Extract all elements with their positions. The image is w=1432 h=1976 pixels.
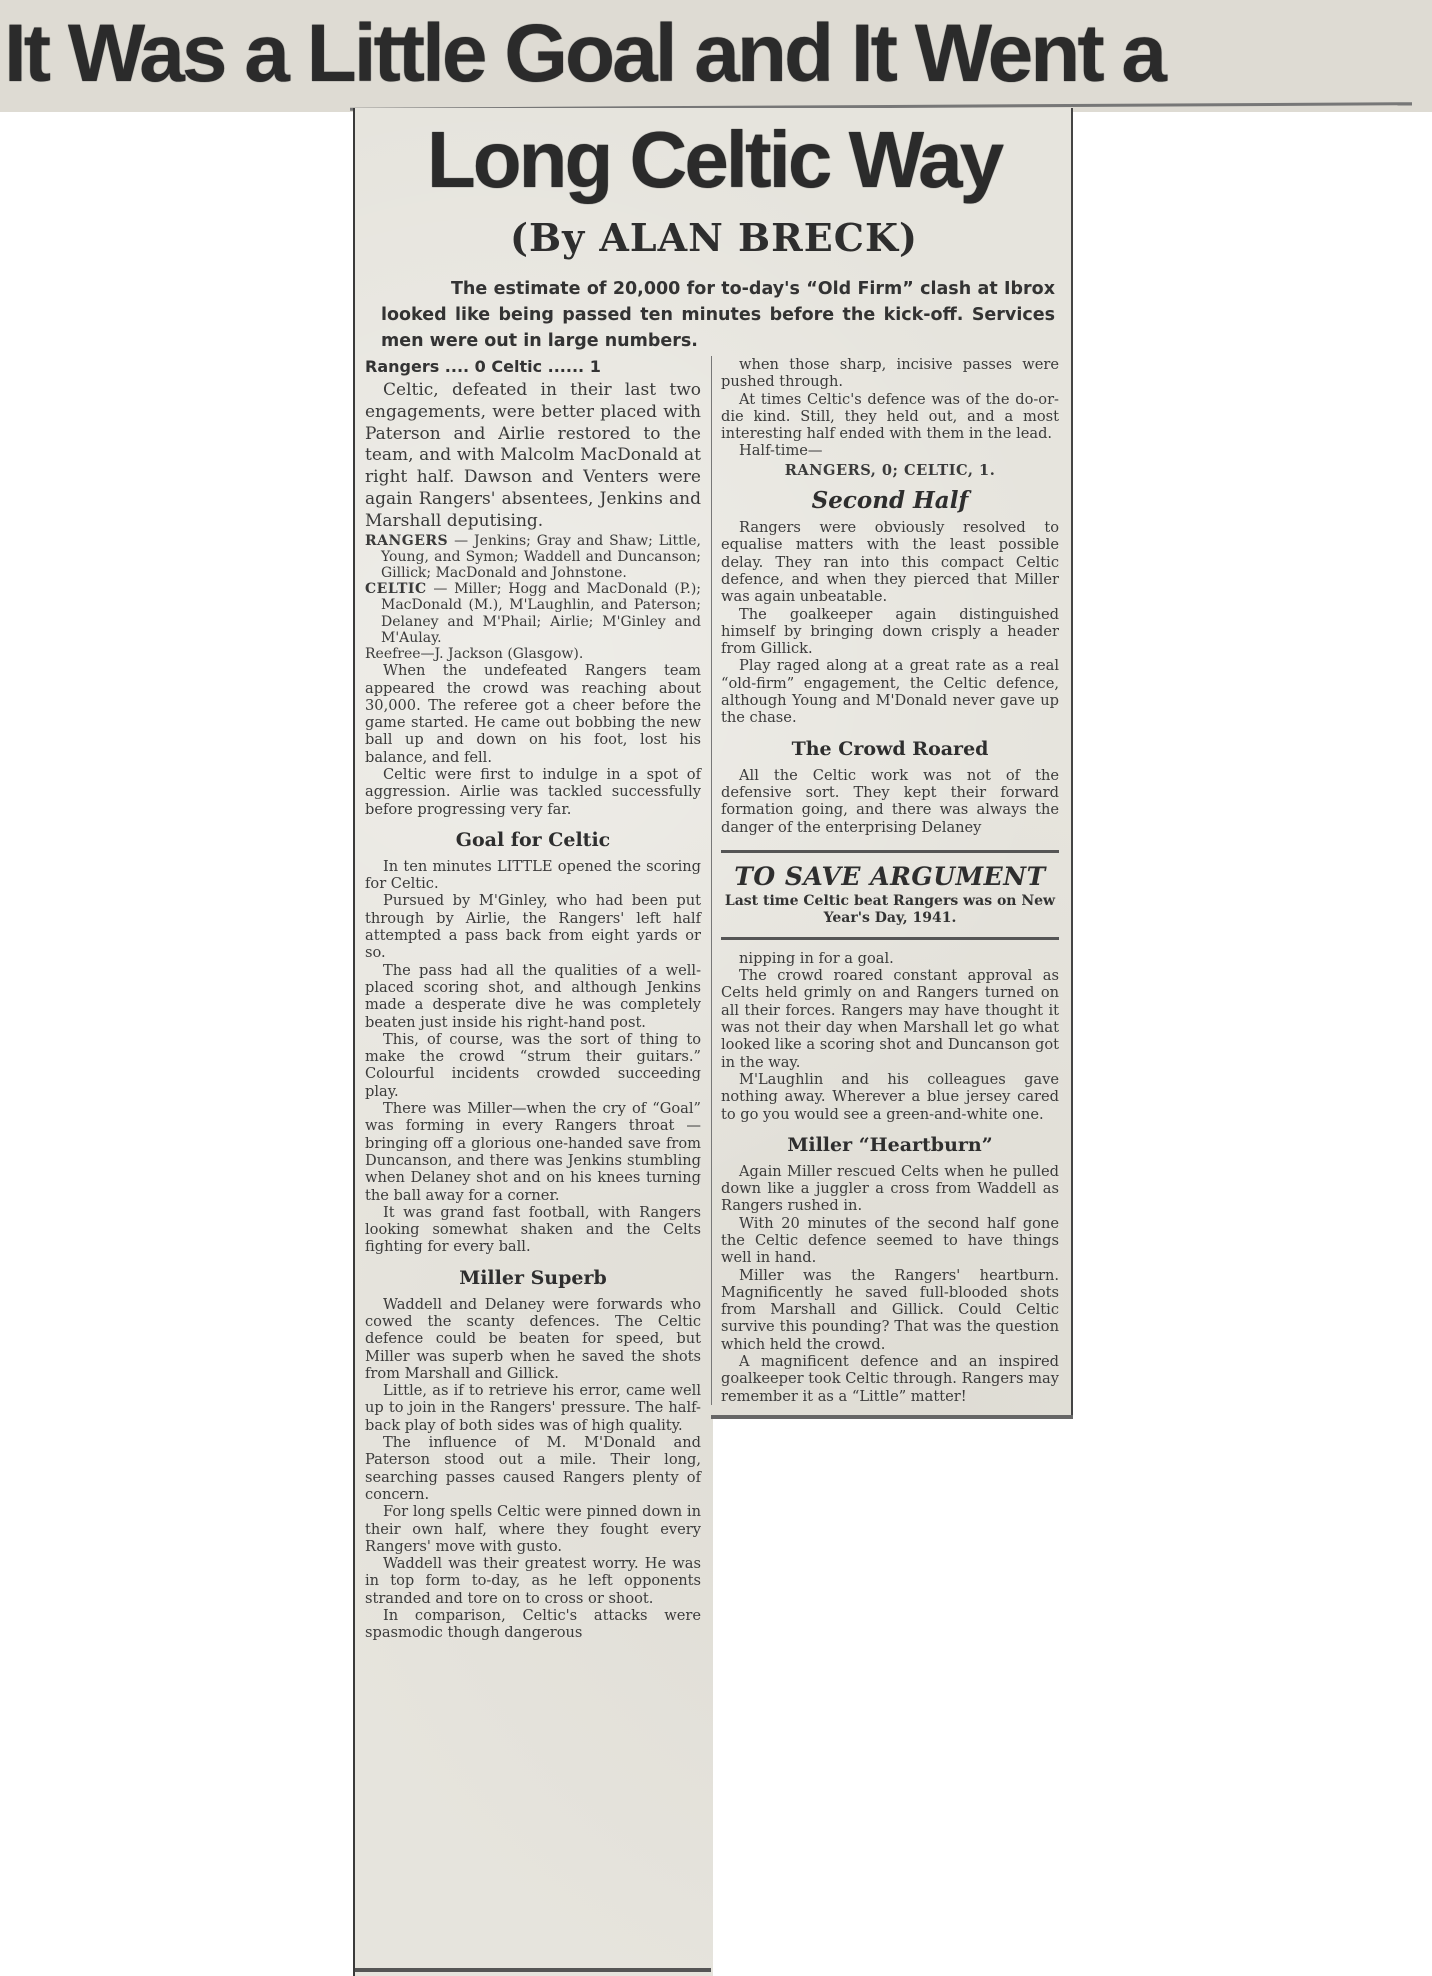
bottom-rule: [355, 1968, 711, 1972]
paragraph: When the undefeated Rangers team appeare…: [365, 662, 701, 766]
subhead-second-half: Second Half: [721, 487, 1059, 515]
left-column: Rangers .... 0 Celtic ...... 1 Celtic, d…: [365, 356, 701, 1642]
subhead-crowd-roared: The Crowd Roared: [721, 735, 1059, 763]
paragraph: Rangers were obviously resolved to equal…: [721, 519, 1059, 605]
left-section-3: Waddell and Delaney were forwards who co…: [365, 1296, 701, 1642]
team-lineup-rangers: RANGERS — Jenkins; Gray and Shaw; Little…: [365, 533, 701, 582]
paragraph: Pursued by M'Ginley, who had been put th…: [365, 892, 701, 961]
paragraph: Celtic were first to indulge in a spot o…: [365, 766, 701, 818]
column-divider: [711, 356, 712, 1405]
referee-line: Reefree—J. Jackson (Glasgow).: [365, 646, 701, 662]
paragraph: A magnificent defence and an inspired go…: [721, 1353, 1059, 1405]
paragraph: The influence of M. M'Donald and Paterso…: [365, 1434, 701, 1503]
right-column: when those sharp, incisive passes were p…: [721, 356, 1059, 1405]
paragraph: In comparison, Celtic's attacks were spa…: [365, 1607, 701, 1642]
page-cutout: [713, 1419, 1432, 1976]
paragraph: With 20 minutes of the second half gone …: [721, 1215, 1059, 1267]
subhead-goal-for-celtic: Goal for Celtic: [365, 826, 701, 854]
headline-line-2: Long Celtic Way: [355, 112, 1073, 208]
right-section-2: Rangers were obviously resolved to equal…: [721, 519, 1059, 727]
paragraph: Again Miller rescued Celts when he pulle…: [721, 1163, 1059, 1215]
team-players: — Miller; Hogg and MacDonald (P.); MacDo…: [381, 581, 701, 646]
paragraph: This, of course, was the sort of thing t…: [365, 1031, 701, 1100]
right-section-3: All the Celtic work was not of the defen…: [721, 767, 1059, 836]
paragraph: M'Laughlin and his colleagues gave nothi…: [721, 1071, 1059, 1123]
paragraph: Little, as if to retrieve his error, cam…: [365, 1382, 701, 1434]
subhead-miller-superb: Miller Superb: [365, 1264, 701, 1292]
paragraph: Waddell and Delaney were forwards who co…: [365, 1296, 701, 1382]
team-lineups: RANGERS — Jenkins; Gray and Shaw; Little…: [365, 533, 701, 663]
paragraph: The goalkeeper again distinguished himse…: [721, 606, 1059, 658]
paragraph: The crowd roared constant approval as Ce…: [721, 967, 1059, 1071]
left-section-2: In ten minutes LITTLE opened the scoring…: [365, 858, 701, 1256]
halftime-score: RANGERS, 0; CELTIC, 1.: [721, 462, 1059, 479]
paragraph: All the Celtic work was not of the defen…: [721, 767, 1059, 836]
byline: (By ALAN BRECK): [355, 214, 1073, 262]
paragraph: In ten minutes LITTLE opened the scoring…: [365, 858, 701, 893]
paragraph: For long spells Celtic were pinned down …: [365, 1503, 701, 1555]
team-lineup-celtic: CELTIC — Miller; Hogg and MacDonald (P.)…: [365, 581, 701, 646]
left-section-1: When the undefeated Rangers team appeare…: [365, 662, 701, 818]
paragraph: Waddell was their greatest worry. He was…: [365, 1555, 701, 1607]
subhead-miller-heartburn: Miller “Heartburn”: [721, 1131, 1059, 1159]
boxout-body: Last time Celtic beat Rangers was on New…: [721, 893, 1059, 927]
right-section-4: nipping in for a goal.The crowd roared c…: [721, 950, 1059, 1123]
paragraph: nipping in for a goal.: [721, 950, 1059, 967]
headline-line-1: It Was a Little Goal and It Went a: [4, 6, 1424, 102]
team-name: RANGERS: [365, 533, 448, 549]
right-column-border: [1071, 108, 1073, 1415]
standfirst: The estimate of 20,000 for to-day's “Old…: [381, 276, 1055, 354]
team-name: CELTIC: [365, 581, 427, 597]
paragraph: when those sharp, incisive passes were p…: [721, 356, 1059, 391]
boxout-title: TO SAVE ARGUMENT: [721, 861, 1059, 893]
scoreline: Rangers .... 0 Celtic ...... 1: [365, 356, 701, 378]
paragraph: Play raged along at a great rate as a re…: [721, 657, 1059, 726]
halftime-label: Half-time—: [721, 442, 1059, 459]
paragraph: It was grand fast football, with Rangers…: [365, 1204, 701, 1256]
right-section-5: Again Miller rescued Celts when he pulle…: [721, 1163, 1059, 1405]
paragraph: At times Celtic's defence was of the do-…: [721, 391, 1059, 443]
lead-paragraph: Celtic, defeated in their last two engag…: [365, 380, 701, 533]
headline-banner: It Was a Little Goal and It Went a: [0, 0, 1432, 112]
right-section-1: when those sharp, incisive passes were p…: [721, 356, 1059, 442]
boxout-to-save-argument: TO SAVE ARGUMENT Last time Celtic beat R…: [721, 850, 1059, 940]
paragraph: Miller was the Rangers' heartburn. Magni…: [721, 1267, 1059, 1353]
paragraph: The pass had all the qualities of a well…: [365, 962, 701, 1031]
paragraph: There was Miller—when the cry of “Goal” …: [365, 1100, 701, 1204]
